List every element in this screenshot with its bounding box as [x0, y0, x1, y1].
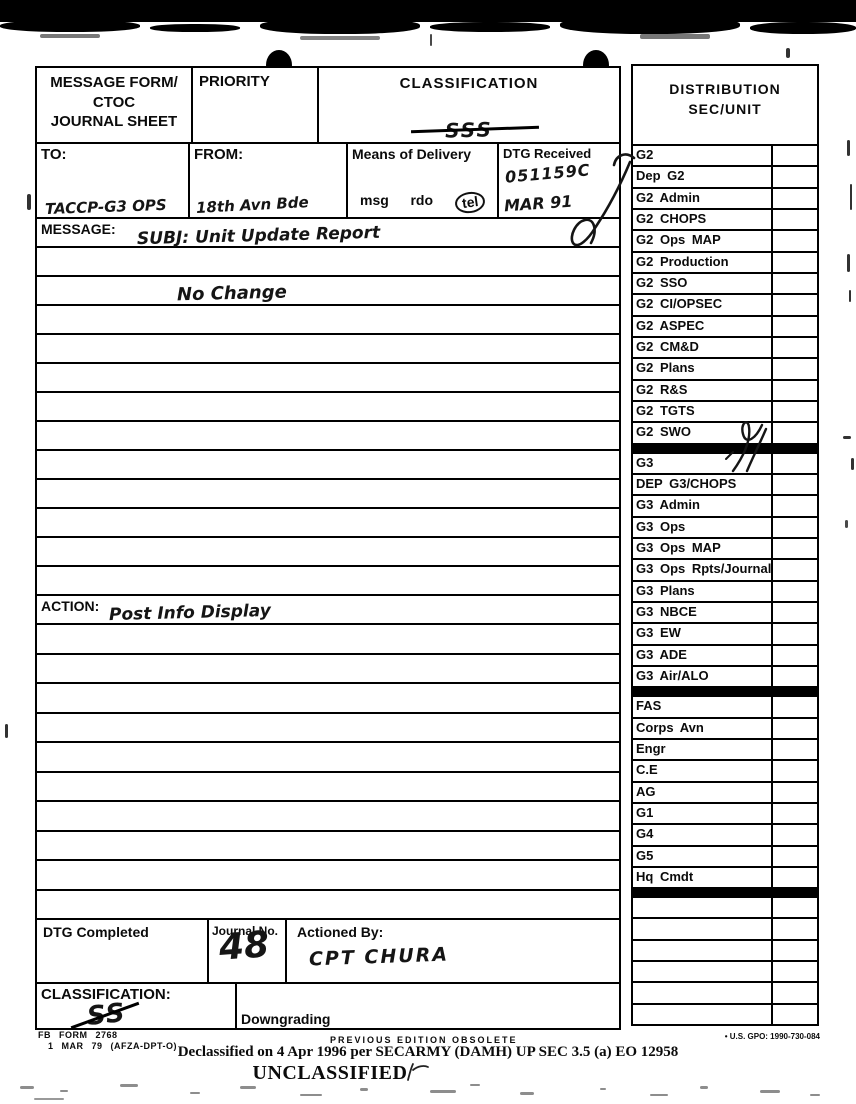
rule-row — [37, 567, 619, 596]
distribution-check-cell — [771, 761, 817, 780]
distribution-row: G2 CM&D — [633, 338, 817, 359]
distribution-check-cell — [771, 189, 817, 208]
distribution-row-label: Dep G2 — [633, 167, 771, 186]
scan-speck — [850, 184, 852, 210]
distribution-row: Hq Cmdt — [633, 868, 817, 889]
scan-speck — [843, 436, 851, 439]
form-title: MESSAGE FORM/ CTOC JOURNAL SHEET — [37, 68, 193, 142]
form-title-line3: JOURNAL SHEET — [37, 112, 191, 132]
classification-label: CLASSIFICATION — [400, 75, 539, 92]
rule-row — [37, 538, 619, 567]
distribution-check-cell — [771, 454, 817, 473]
rule-row — [37, 832, 619, 861]
distribution-check-cell — [771, 719, 817, 738]
distribution-row: G2 SSO — [633, 274, 817, 295]
distribution-row: G3 Plans — [633, 582, 817, 603]
distribution-check-cell — [771, 941, 817, 960]
scan-speck — [20, 1086, 34, 1089]
distribution-row-label: G2 ASPEC — [633, 317, 771, 336]
scan-speck — [851, 458, 854, 470]
distribution-row-label: G3 EW — [633, 624, 771, 643]
scan-artifact-blob — [150, 24, 240, 32]
distribution-row: G3 NBCE — [633, 603, 817, 624]
distribution-check-cell — [771, 231, 817, 250]
distribution-row: G2 — [633, 146, 817, 167]
distribution-group-divider — [633, 688, 817, 697]
routing-row: TO: TACCP-G3 OPS FROM: 18th Avn Bde Mean… — [37, 144, 619, 219]
priority-label: PRIORITY — [199, 73, 270, 90]
distribution-row-label: AG — [633, 783, 771, 802]
distribution-row-label: G2 TGTS — [633, 402, 771, 421]
scan-speck — [27, 194, 31, 210]
rule-row — [37, 655, 619, 684]
distribution-check-cell — [771, 381, 817, 400]
distribution-check-cell — [771, 518, 817, 537]
unclassified-stamp: UNCLASSIFIED — [165, 1062, 495, 1085]
rule-row — [37, 743, 619, 772]
distribution-row-label: G3 Plans — [633, 582, 771, 601]
distribution-check-cell — [771, 338, 817, 357]
rule-row — [37, 364, 619, 393]
form-header-row: MESSAGE FORM/ CTOC JOURNAL SHEET PRIORIT… — [37, 68, 619, 144]
distribution-check-cell — [771, 539, 817, 558]
scan-speck — [300, 1094, 322, 1096]
distribution-row-label: G1 — [633, 804, 771, 823]
scan-speck — [60, 1090, 68, 1092]
distribution-row: G1 — [633, 804, 817, 825]
distribution-row-label: FAS — [633, 697, 771, 716]
distribution-row: G2 TGTS — [633, 402, 817, 423]
message-label: MESSAGE: — [41, 221, 116, 237]
actioned-by-value: CPT CHURA — [309, 944, 450, 971]
distribution-row-label: G2 CI/OPSEC — [633, 295, 771, 314]
scan-speck — [430, 34, 432, 46]
distribution-row-label: G3 Air/ALO — [633, 667, 771, 686]
distribution-check-cell — [771, 402, 817, 421]
scan-artifact-blob — [430, 22, 550, 32]
bottom-classification-handwritten-value: SS — [87, 1000, 126, 1030]
distribution-check-cell — [771, 697, 817, 716]
handwritten-entry: No Change — [177, 282, 287, 306]
handwritten-entry: SUBJ: Unit Update Report — [137, 223, 381, 249]
rule-row — [37, 335, 619, 364]
scan-speck — [430, 1090, 456, 1093]
from-value: 18th Avn Bde — [196, 193, 310, 217]
distribution-check-cell — [771, 475, 817, 494]
scan-artifact-blob — [560, 16, 740, 34]
distribution-row: G2 Ops MAP — [633, 231, 817, 252]
distribution-check-cell — [771, 962, 817, 981]
delivery-options: msg rdo tel — [348, 192, 497, 213]
distribution-check-cell — [771, 146, 817, 165]
distribution-row: G4 — [633, 825, 817, 846]
distribution-check-cell — [771, 624, 817, 643]
distribution-row: G2 CHOPS — [633, 210, 817, 231]
distribution-row-label: G3 NBCE — [633, 603, 771, 622]
distribution-check-cell — [771, 560, 817, 579]
declassified-stamp-line: Declassified on 4 Apr 1996 per SECARMY (… — [58, 1044, 798, 1061]
distribution-row-label: G4 — [633, 825, 771, 844]
from-label: FROM: — [194, 146, 243, 163]
scan-speck — [845, 520, 848, 528]
scan-speck — [120, 1084, 138, 1087]
distribution-row-label — [633, 941, 771, 960]
scan-artifact-blob — [750, 22, 856, 34]
scan-speck — [190, 1092, 200, 1094]
priority-field: PRIORITY — [193, 68, 319, 142]
delivery-option-tel-circled: tel — [453, 190, 486, 215]
scan-speck — [360, 1088, 368, 1091]
distribution-check-cell — [771, 983, 817, 1002]
distribution-row: G3 Ops — [633, 518, 817, 539]
distribution-row: DEP G3/CHOPS — [633, 475, 817, 496]
from-field: FROM: 18th Avn Bde — [190, 144, 348, 217]
distribution-row: Corps Avn — [633, 719, 817, 740]
distribution-row-label: G2 — [633, 146, 771, 165]
distribution-check-cell — [771, 359, 817, 378]
rule-row — [37, 625, 619, 654]
rule-row — [37, 684, 619, 713]
scan-speck — [849, 290, 851, 302]
gpo-print-note: • U.S. GPO: 1990-730-084 — [628, 1032, 820, 1041]
dtg-completed-label: DTG Completed — [43, 924, 149, 940]
distribution-row-label: G2 Production — [633, 253, 771, 272]
distribution-row: G3 Ops Rpts/Journal — [633, 560, 817, 581]
distribution-row-label: G3 Ops MAP — [633, 539, 771, 558]
distribution-check-cell — [771, 582, 817, 601]
distribution-row-label: G3 Admin — [633, 496, 771, 515]
distribution-check-cell — [771, 210, 817, 229]
distribution-check-cell — [771, 847, 817, 866]
distribution-row: G3 — [633, 454, 817, 475]
distribution-row-label — [633, 962, 771, 981]
distribution-check-cell — [771, 804, 817, 823]
classification-handwritten-value: SSS — [445, 118, 493, 142]
scan-artifact-blob — [260, 18, 420, 34]
distribution-row-label — [633, 898, 771, 917]
distribution-row: G3 EW — [633, 624, 817, 645]
distribution-row — [633, 919, 817, 940]
scan-speck — [760, 1090, 780, 1093]
scan-speck — [650, 1094, 668, 1096]
distribution-check-cell — [771, 667, 817, 686]
distribution-check-cell — [771, 825, 817, 844]
delivery-option-rdo: rdo — [410, 192, 433, 213]
distribution-row: C.E — [633, 761, 817, 782]
completion-row: DTG Completed Journal No. 48 Actioned By… — [37, 920, 619, 984]
scan-speck — [300, 36, 380, 40]
scanned-journal-sheet: MESSAGE FORM/ CTOC JOURNAL SHEET PRIORIT… — [0, 0, 856, 1104]
distribution-row: G2 R&S — [633, 381, 817, 402]
distribution-row-label: G2 SSO — [633, 274, 771, 293]
distribution-check-cell — [771, 295, 817, 314]
to-field: TO: TACCP-G3 OPS — [37, 144, 190, 217]
downgrading-field: Downgrading — [237, 984, 619, 1028]
rule-row — [37, 248, 619, 277]
dtg-received-date: MAR 91 — [503, 192, 573, 216]
distribution-row-label: C.E — [633, 761, 771, 780]
distribution-row-label: G3 ADE — [633, 646, 771, 665]
distribution-row: AG — [633, 783, 817, 804]
distribution-row-label: Engr — [633, 740, 771, 759]
distribution-check-cell — [771, 868, 817, 887]
action-label: ACTION: — [41, 598, 99, 614]
distribution-check-cell — [771, 919, 817, 938]
distribution-check-cell — [771, 496, 817, 515]
downgrading-label: Downgrading — [237, 1011, 330, 1028]
to-label: TO: — [41, 146, 67, 163]
bottom-classification-field: CLASSIFICATION: SS — [37, 984, 237, 1028]
distribution-row: G2 CI/OPSEC — [633, 295, 817, 316]
distribution-row-label: G2 Admin — [633, 189, 771, 208]
dtg-received-label: DTG Received — [503, 146, 591, 161]
distribution-row: G2 Production — [633, 253, 817, 274]
distribution-row: G3 Air/ALO — [633, 667, 817, 688]
distribution-row-label: DEP G3/CHOPS — [633, 475, 771, 494]
scan-speck — [847, 140, 850, 156]
distribution-row: Engr — [633, 740, 817, 761]
rule-row — [37, 422, 619, 451]
distribution-group-divider — [633, 889, 817, 898]
form-title-line1: MESSAGE FORM/ — [37, 73, 191, 93]
rule-row — [37, 802, 619, 831]
distribution-row: FAS — [633, 697, 817, 718]
rule-row — [37, 891, 619, 920]
form-title-line2: CTOC — [37, 93, 191, 113]
distribution-table: DISTRIBUTION SEC/UNIT G2Dep G2G2 AdminG2… — [631, 64, 819, 1026]
rule-row — [37, 861, 619, 890]
scan-speck — [847, 254, 850, 272]
distribution-row-label: G3 — [633, 454, 771, 473]
actioned-by-field: Actioned By: CPT CHURA — [287, 920, 619, 982]
distribution-row — [633, 983, 817, 1004]
rule-row — [37, 714, 619, 743]
distribution-row: G2 Plans — [633, 359, 817, 380]
scan-speck — [786, 48, 790, 58]
distribution-check-cell — [771, 423, 817, 442]
actioned-by-label: Actioned By: — [297, 924, 383, 940]
scan-speck — [600, 1088, 606, 1090]
distribution-row-label: G2 Ops MAP — [633, 231, 771, 250]
message-form: MESSAGE FORM/ CTOC JOURNAL SHEET PRIORIT… — [35, 66, 621, 1030]
distribution-row-label: G3 Ops Rpts/Journal — [633, 560, 771, 579]
distribution-header: DISTRIBUTION SEC/UNIT — [633, 66, 817, 146]
journal-no-value: 48 — [218, 924, 271, 968]
rule-row — [37, 306, 619, 335]
means-of-delivery-field: Means of Delivery msg rdo tel — [348, 144, 499, 217]
distribution-row — [633, 941, 817, 962]
distribution-check-cell — [771, 740, 817, 759]
distribution-row: G2 SWO — [633, 423, 817, 444]
distribution-check-cell — [771, 317, 817, 336]
distribution-row-label — [633, 919, 771, 938]
scan-speck — [520, 1092, 534, 1095]
scan-speck — [640, 34, 710, 39]
rule-row: No Change — [37, 277, 619, 306]
rule-row — [37, 451, 619, 480]
means-of-delivery-label: Means of Delivery — [352, 146, 471, 162]
distribution-row-label: G2 CM&D — [633, 338, 771, 357]
distribution-row: G3 Admin — [633, 496, 817, 517]
distribution-row-label: Corps Avn — [633, 719, 771, 738]
distribution-check-cell — [771, 646, 817, 665]
scan-speck — [810, 1094, 820, 1096]
scan-artifact-top-bar — [0, 0, 856, 22]
dtg-received-field: DTG Received 051159C MAR 91 — [499, 144, 619, 217]
distribution-row — [633, 1005, 817, 1024]
rule-row: Post Info Display — [37, 596, 619, 625]
journal-no-field: Journal No. 48 — [209, 920, 287, 982]
distribution-row — [633, 962, 817, 983]
bottom-classification-row: CLASSIFICATION: SS Downgrading — [37, 984, 619, 1028]
dtg-received-time: 051159C — [504, 160, 591, 186]
distribution-row-label: G5 — [633, 847, 771, 866]
rule-row — [37, 393, 619, 422]
delivery-option-msg: msg — [360, 192, 389, 213]
rule-row — [37, 773, 619, 802]
to-value: TACCP-G3 OPS — [45, 196, 167, 218]
scan-speck — [34, 1098, 64, 1100]
dtg-completed-field: DTG Completed — [37, 920, 209, 982]
scan-speck — [5, 724, 8, 738]
distribution-check-cell — [771, 898, 817, 917]
distribution-row-label: G2 R&S — [633, 381, 771, 400]
distribution-row: G5 — [633, 847, 817, 868]
distribution-row: G2 ASPEC — [633, 317, 817, 338]
distribution-check-cell — [771, 603, 817, 622]
distribution-group-divider — [633, 445, 817, 454]
rule-row — [37, 509, 619, 538]
distribution-check-cell — [771, 167, 817, 186]
classification-field: CLASSIFICATION SSS — [319, 68, 619, 142]
distribution-check-cell — [771, 783, 817, 802]
distribution-row: Dep G2 — [633, 167, 817, 188]
distribution-row-label — [633, 1005, 771, 1024]
distribution-row — [633, 898, 817, 919]
distribution-row: G3 Ops MAP — [633, 539, 817, 560]
distribution-check-cell — [771, 274, 817, 293]
distribution-row-label: G2 SWO — [633, 423, 771, 442]
distribution-row-label: G2 Plans — [633, 359, 771, 378]
distribution-check-cell — [771, 1005, 817, 1024]
scan-speck — [240, 1086, 256, 1089]
distribution-rows: G2Dep G2G2 AdminG2 CHOPSG2 Ops MAPG2 Pro… — [633, 146, 817, 1024]
distribution-row-label — [633, 983, 771, 1002]
distribution-check-cell — [771, 253, 817, 272]
action-section: ACTION: Post Info Display — [37, 596, 619, 920]
scan-artifact-blob — [0, 20, 140, 32]
message-section: MESSAGE: SUBJ: Unit Update ReportNo Chan… — [37, 219, 619, 596]
distribution-row: G3 ADE — [633, 646, 817, 667]
scan-speck — [40, 34, 100, 38]
form-number: FB FORM 2768 — [38, 1030, 177, 1041]
distribution-row-label: G2 CHOPS — [633, 210, 771, 229]
handwritten-entry: Post Info Display — [109, 601, 271, 625]
distribution-row-label: Hq Cmdt — [633, 868, 771, 887]
scan-speck — [700, 1086, 708, 1089]
rule-row: SUBJ: Unit Update Report — [37, 219, 619, 248]
rule-row — [37, 480, 619, 509]
distribution-row-label: G3 Ops — [633, 518, 771, 537]
distribution-row: G2 Admin — [633, 189, 817, 210]
